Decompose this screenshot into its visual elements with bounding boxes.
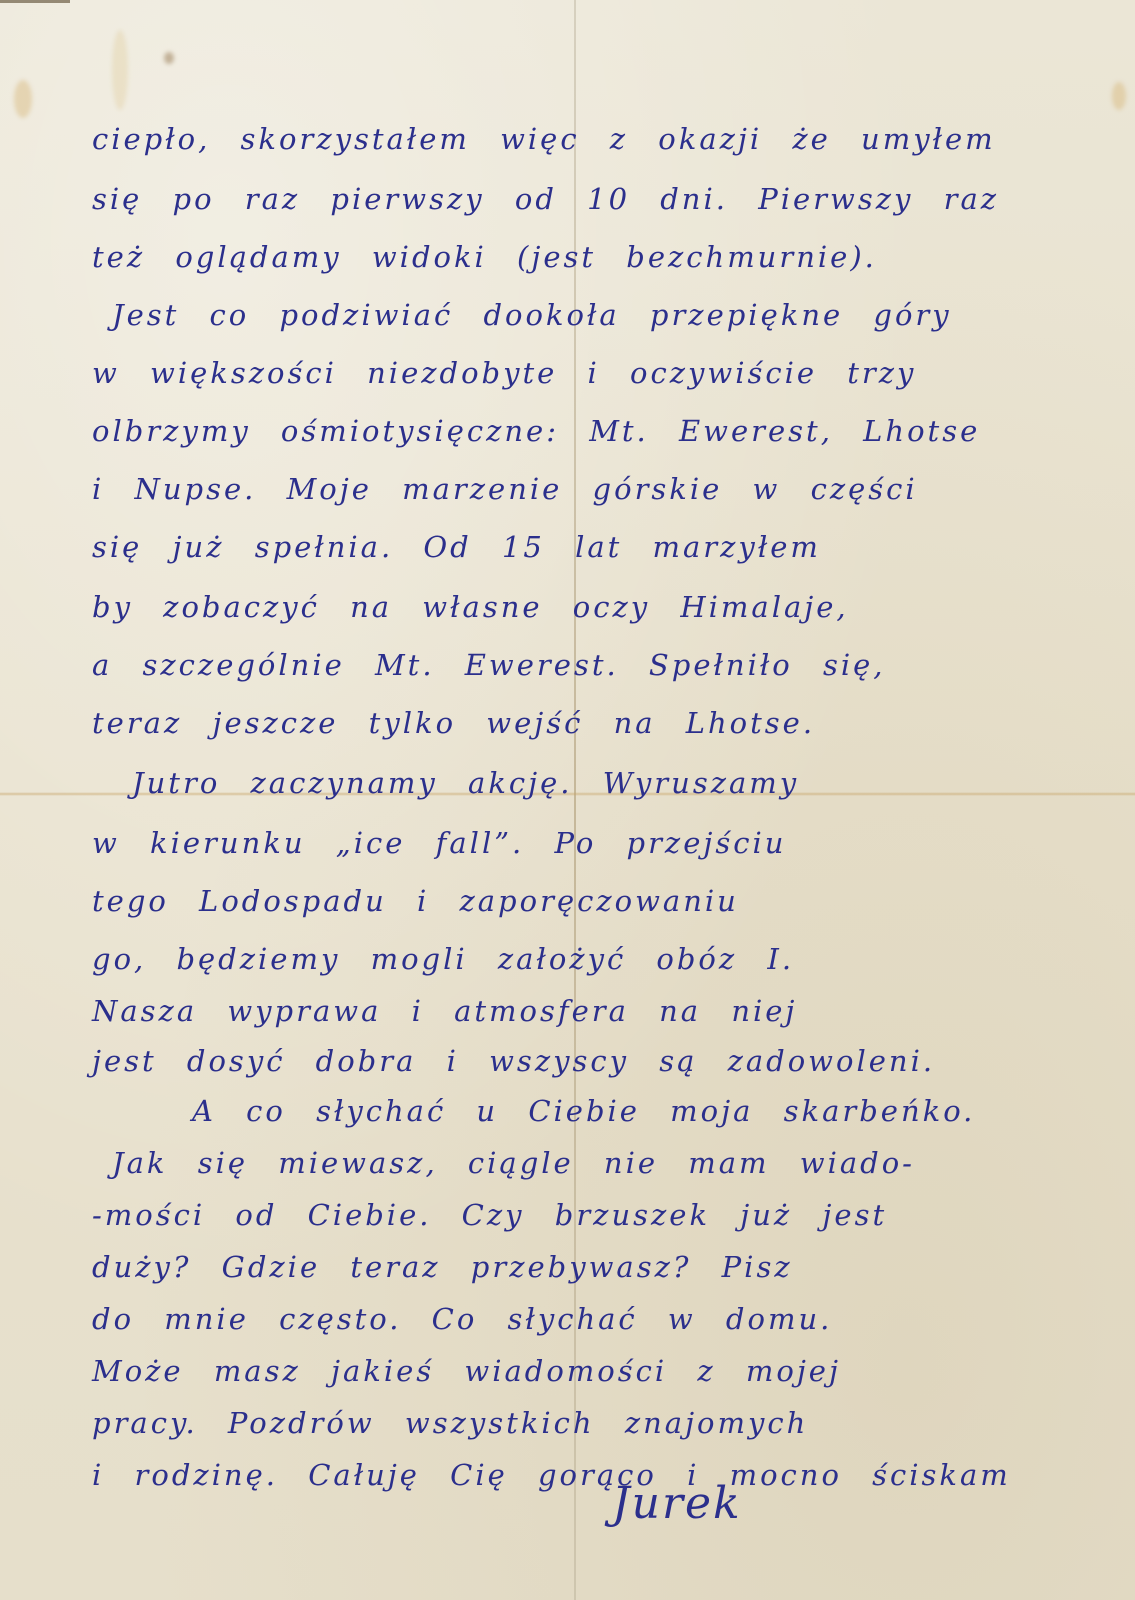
letter-line: się już spełnia. Od 15 lat marzyłem	[92, 530, 821, 564]
water-stain	[14, 80, 32, 118]
letter-line: go, będziemy mogli założyć obóz I.	[92, 942, 794, 976]
letter-line: Nasza wyprawa i atmosfera na niej	[92, 994, 797, 1028]
letter-line: się po raz pierwszy od 10 dni. Pierwszy …	[92, 182, 999, 216]
ink-spot	[164, 52, 174, 64]
letter-line: a szczególnie Mt. Ewerest. Spełniło się,	[92, 648, 885, 682]
letter-line: do mnie często. Co słychać w domu.	[92, 1302, 832, 1336]
letter-line: ciepło, skorzystałem więc z okazji że um…	[92, 122, 996, 156]
letter-line: A co słychać u Ciebie moja skarbeńko.	[192, 1094, 975, 1128]
letter-line: pracy. Pozdrów wszystkich znajomych	[92, 1406, 808, 1440]
letter-line: Jutro zaczynamy akcję. Wyruszamy	[132, 766, 799, 800]
letter-sheet: ciepło, skorzystałem więc z okazji że um…	[0, 0, 1135, 1600]
letter-line: duży? Gdzie teraz przebywasz? Pisz	[92, 1250, 793, 1284]
paper-edge-mark	[0, 0, 70, 3]
letter-line: by zobaczyć na własne oczy Himalaje,	[92, 590, 849, 624]
letter-line: w większości niezdobyte i oczywiście trz…	[92, 356, 916, 390]
letter-line: Może masz jakieś wiadomości z mojej	[92, 1354, 841, 1388]
letter-line: tego Lodospadu i zaporęczowaniu	[92, 884, 739, 918]
letter-line: -mości od Ciebie. Czy brzuszek już jest	[92, 1198, 887, 1232]
letter-line: Jest co podziwiać dookoła przepiękne gór…	[112, 298, 952, 332]
water-stain	[1112, 82, 1126, 110]
letter-line: olbrzymy ośmiotysięczne: Mt. Ewerest, Lh…	[92, 414, 980, 448]
water-stain	[112, 30, 128, 110]
letter-line: i rodzinę. Całuję Cię gorąco i mocno ści…	[92, 1458, 1011, 1492]
letter-line: i Nupse. Moje marzenie górskie w części	[92, 472, 918, 506]
letter-line: teraz jeszcze tylko wejść na Lhotse.	[92, 706, 815, 740]
letter-line: też oglądamy widoki (jest bezchmurnie).	[92, 240, 877, 274]
signature: Jurek	[612, 1478, 742, 1529]
letter-line: jest dosyć dobra i wszyscy są zadowoleni…	[92, 1044, 935, 1078]
letter-line: w kierunku „ice fall”. Po przejściu	[92, 826, 786, 860]
letter-line: Jak się miewasz, ciągle nie mam wiado-	[112, 1146, 915, 1180]
